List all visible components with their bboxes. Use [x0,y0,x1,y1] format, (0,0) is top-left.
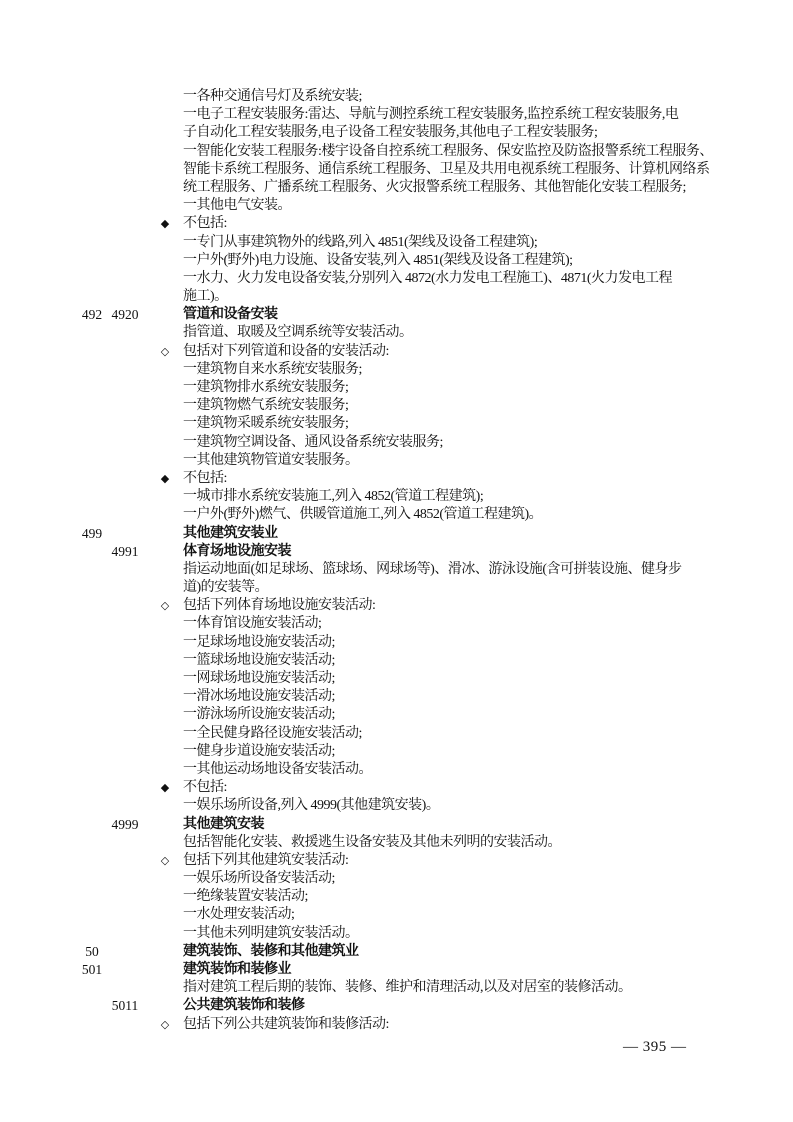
classification-line: 499 其他建筑安装业 [0,525,793,543]
classification-line: ◇ 包括下列体育场地设施安装活动: [0,597,793,615]
classification-line: 一足球场地设施安装活动; [0,634,793,652]
line-text: 一娱乐场所设备安装活动; [183,870,335,888]
classification-line: 一游泳场所设施安装活动; [0,706,793,724]
line-text: 一篮球场地设施安装活动; [183,652,335,670]
line-text: 不包括: [183,779,227,797]
line-text: 一其他电气安装。 [183,197,291,215]
industry-code-group: 499 [78,525,106,543]
classification-line: ◇ 包括下列公共建筑装饰和装修活动: [0,1016,793,1034]
classification-line: ◆ 不包括: [0,470,793,488]
line-text: 不包括: [183,470,227,488]
line-text: 统工程服务、广播系统工程服务、火灾报警系统工程服务、其他智能化安装工程服务; [183,179,686,197]
industry-code-class: 5011 [106,997,144,1015]
line-text: 一智能化安装工程服务:楼宇设备自控系统工程服务、保安监控及防盗报警系统工程服务、 [183,143,713,161]
line-text: 一足球场地设施安装活动; [183,634,335,652]
classification-line: 子自动化工程安装服务,电子设备工程安装服务,其他电子工程安装服务; [0,124,793,142]
classification-line: 一滑冰场地设施安装活动; [0,688,793,706]
line-text: 包括对下列管道和设备的安装活动: [183,343,389,361]
line-text: 一专门从事建筑物外的线路,列入 4851(架线及设备工程建筑); [183,234,537,252]
classification-line: ◇ 包括下列其他建筑安装活动: [0,852,793,870]
line-text: 一城市排水系统安装施工,列入 4852(管道工程建筑); [183,488,483,506]
document-page: 一各种交通信号灯及系统安装; 一电子工程安装服务:雷达、导航与测控系统工程安装服… [0,0,793,1122]
classification-line: 一娱乐场所设备,列入 4999(其他建筑安装)。 [0,797,793,815]
classification-line: 施工)。 [0,288,793,306]
line-text: 体育场地设施安装 [183,543,291,561]
classification-line: 一健身步道设施安装活动; [0,743,793,761]
exclude-diamond-icon: ◆ [156,779,174,797]
classification-line: 智能卡系统工程服务、通信系统工程服务、卫星及共用电视系统工程服务、计算机网络系 [0,161,793,179]
classification-line: 501 建筑装饰和装修业 [0,961,793,979]
classification-line: ◆ 不包括: [0,215,793,233]
classification-line: 一水处理安装活动; [0,906,793,924]
classification-line: 一城市排水系统安装施工,列入 4852(管道工程建筑); [0,488,793,506]
line-text: 一建筑物排水系统安装服务; [183,379,348,397]
classification-line: ◆ 不包括: [0,779,793,797]
classification-line: 一户外(野外)燃气、供暖管道施工,列入 4852(管道工程建筑)。 [0,506,793,524]
industry-code-class: 4999 [106,816,144,834]
classification-line: 一智能化安装工程服务:楼宇设备自控系统工程服务、保安监控及防盗报警系统工程服务、 [0,143,793,161]
line-text: 子自动化工程安装服务,电子设备工程安装服务,其他电子工程安装服务; [183,124,597,142]
classification-line: 一电子工程安装服务:雷达、导航与测控系统工程安装服务,监控系统工程安装服务,电 [0,106,793,124]
classification-line: 4999 其他建筑安装 [0,816,793,834]
line-text: 智能卡系统工程服务、通信系统工程服务、卫星及共用电视系统工程服务、计算机网络系 [183,161,710,179]
exclude-diamond-icon: ◆ [156,215,174,233]
classification-line: 一建筑物空调设备、通风设备系统安装服务; [0,434,793,452]
line-text: 一户外(野外)电力设施、设备安装,列入 4851(架线及设备工程建筑); [183,252,573,270]
line-text: 一全民健身路径设施安装活动; [183,725,362,743]
classification-line: 一网球场地设施安装活动; [0,670,793,688]
line-text: 包括下列体育场地设施安装活动: [183,597,375,615]
line-text: 一网球场地设施安装活动; [183,670,335,688]
line-text: 包括下列公共建筑装饰和装修活动: [183,1016,389,1034]
line-text: 一户外(野外)燃气、供暖管道施工,列入 4852(管道工程建筑)。 [183,506,542,524]
classification-line: 4991 体育场地设施安装 [0,543,793,561]
line-text: 一水力、火力发电设备安装,分别列入 4872(水力发电工程施工)、4871(火力… [183,270,672,288]
classification-line: 一建筑物自来水系统安装服务; [0,361,793,379]
line-text: 一建筑物空调设备、通风设备系统安装服务; [183,434,443,452]
line-text: 一游泳场所设施安装活动; [183,706,335,724]
industry-code-group: 492 [78,306,106,324]
line-text: 其他建筑安装 [183,816,264,834]
classification-line: 一其他电气安装。 [0,197,793,215]
classification-line: 一户外(野外)电力设施、设备安装,列入 4851(架线及设备工程建筑); [0,252,793,270]
classification-line: 一全民健身路径设施安装活动; [0,725,793,743]
line-text: 一滑冰场地设施安装活动; [183,688,335,706]
line-text: 包括智能化安装、救援逃生设备安装及其他未列明的安装活动。 [183,834,561,852]
classification-line: 一专门从事建筑物外的线路,列入 4851(架线及设备工程建筑); [0,234,793,252]
line-text: 一其他未列明建筑安装活动。 [183,925,359,943]
exclude-diamond-icon: ◆ [156,470,174,488]
classification-line: 统工程服务、广播系统工程服务、火灾报警系统工程服务、其他智能化安装工程服务; [0,179,793,197]
classification-line: 指运动地面(如足球场、篮球场、网球场等)、滑冰、游泳设施(含可拼装设施、健身步 [0,561,793,579]
line-text: 一各种交通信号灯及系统安装; [183,88,362,106]
classification-line: 一绝缘装置安装活动; [0,888,793,906]
classification-line: 一娱乐场所设备安装活动; [0,870,793,888]
classification-line: 道)的安装等。 [0,579,793,597]
classification-line: 指管道、取暖及空调系统等安装活动。 [0,324,793,342]
line-text: 管道和设备安装 [183,306,278,324]
line-text: 一其他运动场地设备安装活动。 [183,761,372,779]
line-text: 建筑装饰和装修业 [183,961,291,979]
line-text: 一其他建筑物管道安装服务。 [183,452,359,470]
classification-line: 包括智能化安装、救援逃生设备安装及其他未列明的安装活动。 [0,834,793,852]
page-number: — 395 — [623,1039,687,1056]
industry-code-group: 501 [78,961,106,979]
classification-line: 50 建筑装饰、装修和其他建筑业 [0,943,793,961]
line-text: 一健身步道设施安装活动; [183,743,335,761]
line-text: 指运动地面(如足球场、篮球场、网球场等)、滑冰、游泳设施(含可拼装设施、健身步 [183,561,681,579]
industry-code-class: 4991 [106,543,144,561]
classification-line: 一其他未列明建筑安装活动。 [0,925,793,943]
line-text: 一建筑物燃气系统安装服务; [183,397,348,415]
classification-line: 一水力、火力发电设备安装,分别列入 4872(水力发电工程施工)、4871(火力… [0,270,793,288]
line-text: 一建筑物采暖系统安装服务; [183,415,348,433]
line-text: 建筑装饰、装修和其他建筑业 [183,943,359,961]
include-diamond-icon: ◇ [156,852,174,870]
include-diamond-icon: ◇ [156,1016,174,1034]
line-text: 一体育馆设施安装活动; [183,615,321,633]
classification-line: 一其他建筑物管道安装服务。 [0,452,793,470]
classification-line: 一建筑物采暖系统安装服务; [0,415,793,433]
line-text: 指管道、取暖及空调系统等安装活动。 [183,324,413,342]
classification-line: ◇ 包括对下列管道和设备的安装活动: [0,343,793,361]
line-text: 公共建筑装饰和装修 [183,997,305,1015]
industry-code-class: 4920 [106,306,144,324]
line-text: 施工)。 [183,288,228,306]
line-text: 一电子工程安装服务:雷达、导航与测控系统工程安装服务,监控系统工程安装服务,电 [183,106,678,124]
classification-line: 一各种交通信号灯及系统安装; [0,88,793,106]
line-text: 道)的安装等。 [183,579,268,597]
line-text: 一绝缘装置安装活动; [183,888,308,906]
classification-line: 492 4920 管道和设备安装 [0,306,793,324]
classification-line: 一建筑物排水系统安装服务; [0,379,793,397]
classification-line: 一其他运动场地设备安装活动。 [0,761,793,779]
classification-line: 一篮球场地设施安装活动; [0,652,793,670]
line-text: 其他建筑安装业 [183,525,278,543]
include-diamond-icon: ◇ [156,597,174,615]
classification-line: 5011 公共建筑装饰和装修 [0,997,793,1015]
line-text: 一建筑物自来水系统安装服务; [183,361,362,379]
line-text: 包括下列其他建筑安装活动: [183,852,348,870]
line-text: 不包括: [183,215,227,233]
classification-line: 一体育馆设施安装活动; [0,615,793,633]
line-text: 一水处理安装活动; [183,906,294,924]
classification-line: 一建筑物燃气系统安装服务; [0,397,793,415]
line-text: 指对建筑工程后期的装饰、装修、维护和清理活动,以及对居室的装修活动。 [183,979,632,997]
industry-code-group: 50 [78,943,106,961]
line-text: 一娱乐场所设备,列入 4999(其他建筑安装)。 [183,797,439,815]
document-content: 一各种交通信号灯及系统安装; 一电子工程安装服务:雷达、导航与测控系统工程安装服… [0,88,793,1034]
classification-line: 指对建筑工程后期的装饰、装修、维护和清理活动,以及对居室的装修活动。 [0,979,793,997]
include-diamond-icon: ◇ [156,343,174,361]
